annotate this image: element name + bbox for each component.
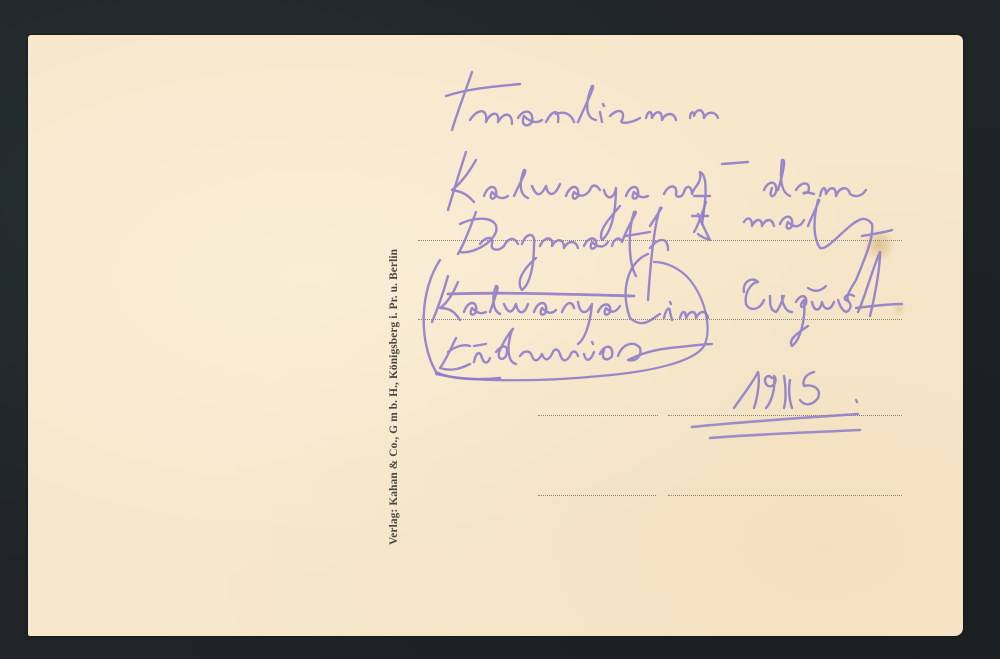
handwriting-line-3 xyxy=(458,200,892,300)
handwriting-line-4 xyxy=(424,252,902,379)
handwriting-line-5 xyxy=(436,262,712,380)
strikethrough-line xyxy=(448,293,634,296)
underline-strokes xyxy=(692,414,860,438)
handwriting-year xyxy=(734,372,857,408)
handwriting-line-2 xyxy=(448,152,866,240)
handwriting-line-1 xyxy=(446,72,718,130)
handwritten-note xyxy=(0,0,1000,659)
